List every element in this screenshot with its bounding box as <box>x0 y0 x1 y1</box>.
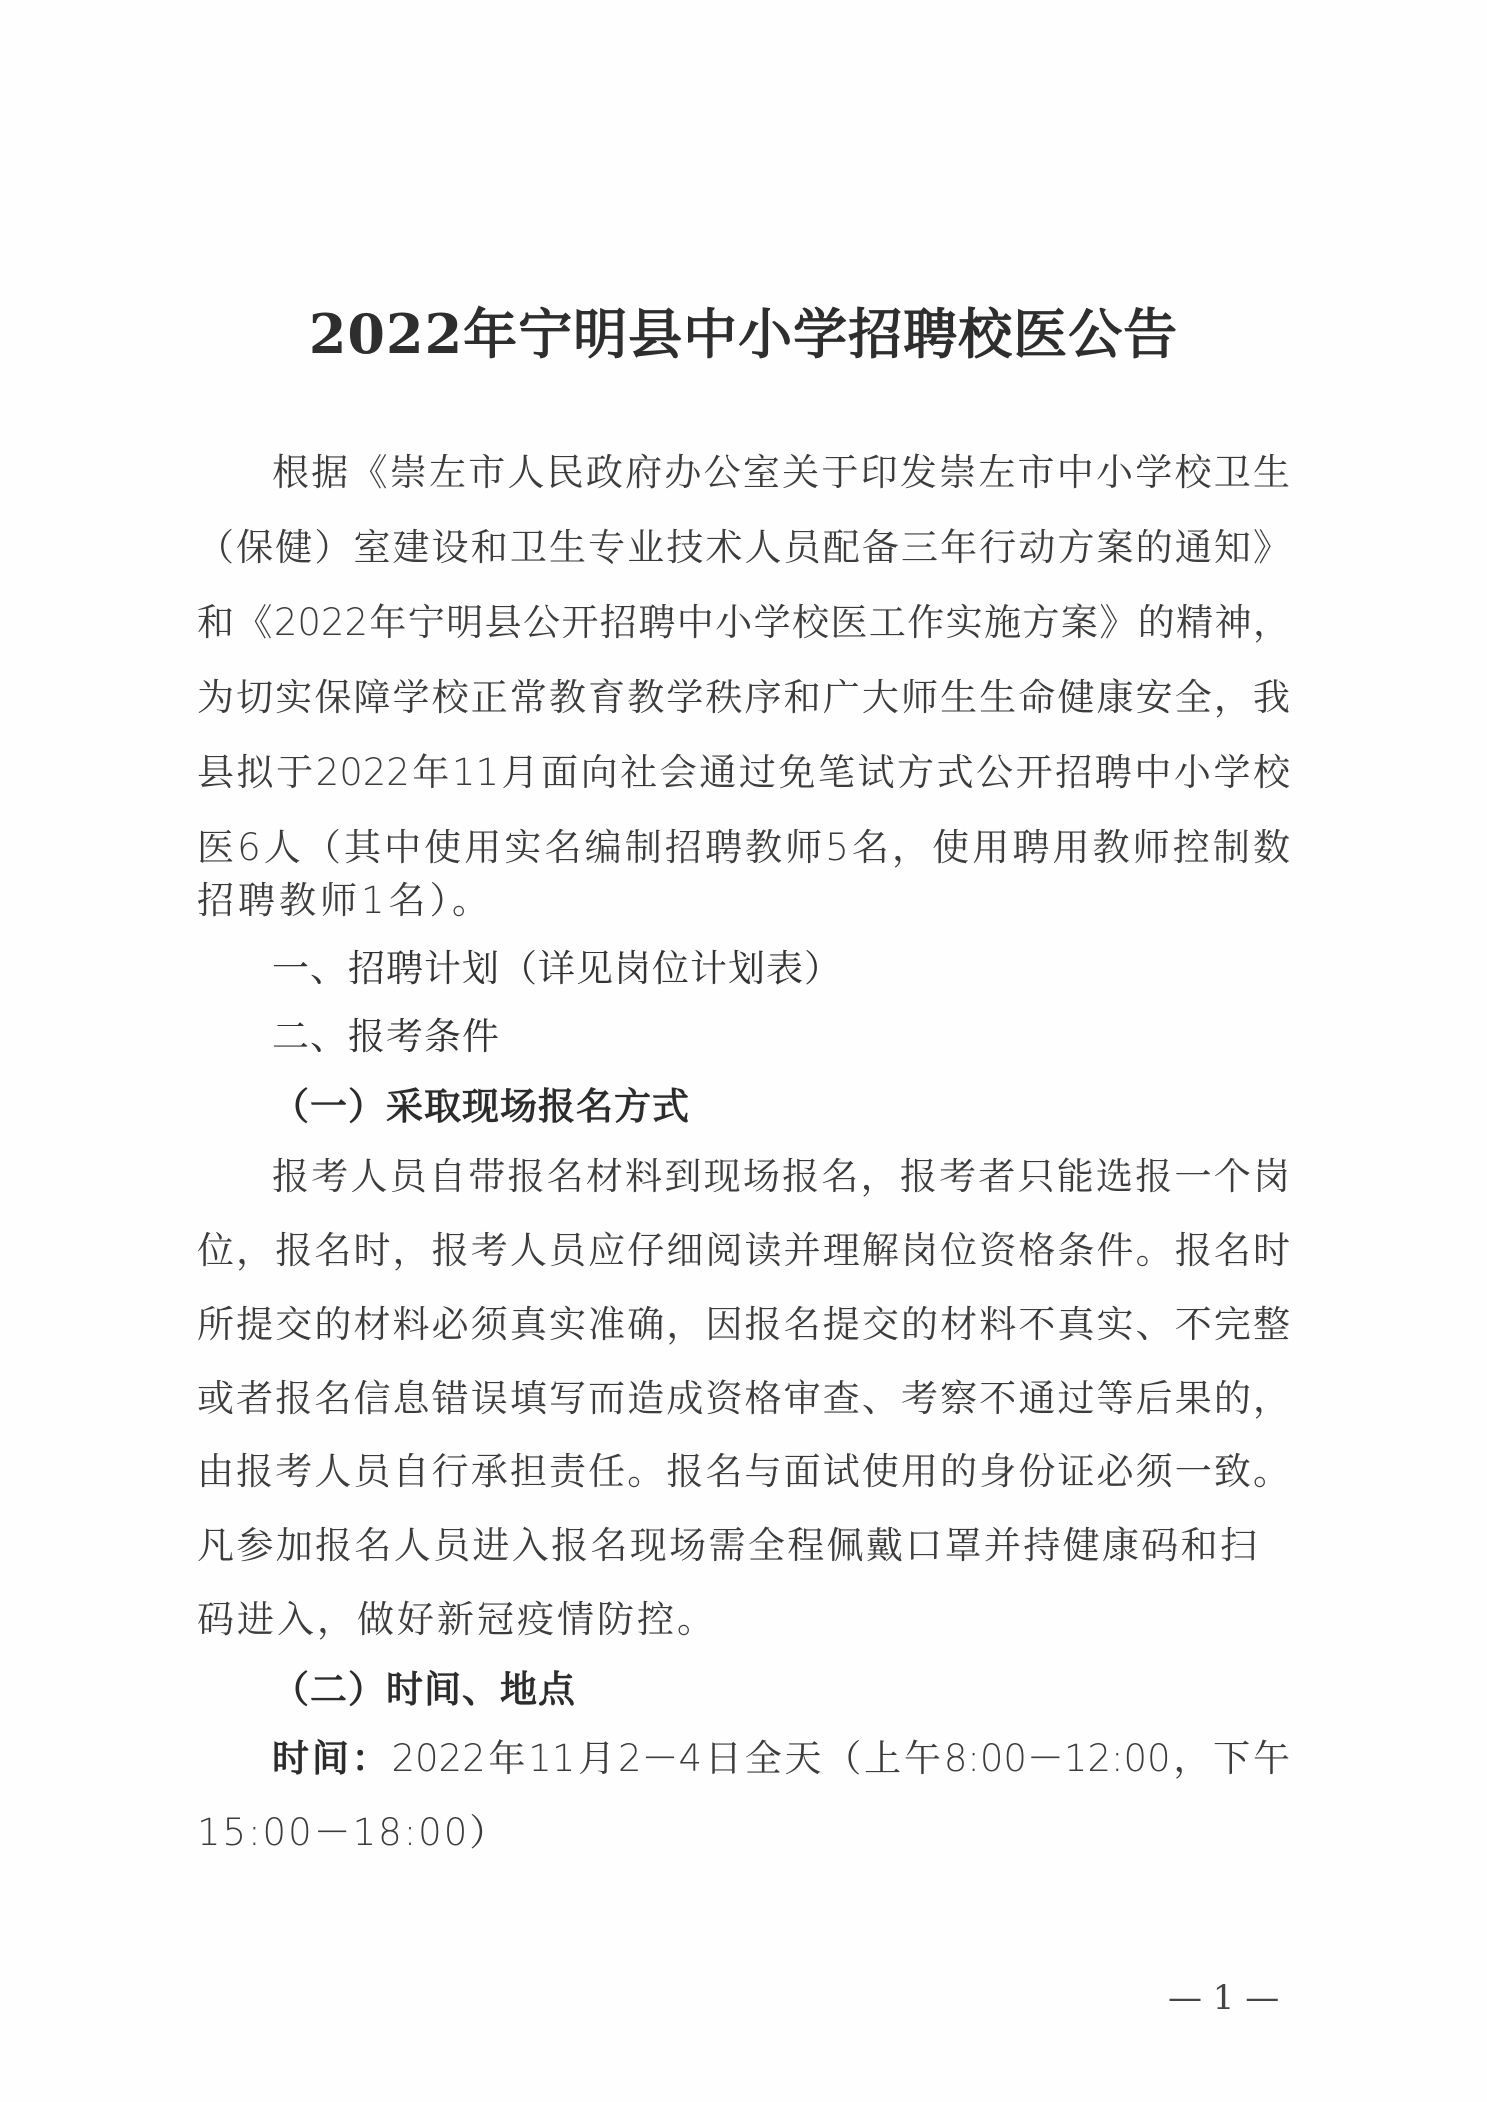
intro-line-6: 医6人（其中使用实名编制招聘教师5名，使用聘用教师控制数 <box>197 823 1290 873</box>
intro-line-3: 和《2022年宁明县公开招聘中小学校医工作实施方案》的精神， <box>197 598 1290 648</box>
registration-line-4: 或者报名信息错误填写而造成资格审查、考察不通过等后果的， <box>197 1374 1290 1424</box>
section-heading-plan: 一、招聘计划（详见岗位计划表） <box>272 944 842 994</box>
registration-line-7: 码进入，做好新冠疫情防控。 <box>197 1595 717 1645</box>
time-value: 2022年11月2－4日全天（上午8:00－12:00，下午 <box>391 1737 1290 1780</box>
registration-line-6: 凡参加报名人员进入报名现场需全程佩戴口罩并持健康码和扫 <box>197 1521 1257 1571</box>
subsection-heading-registration: （一）采取现场报名方式 <box>272 1082 690 1132</box>
registration-line-1: 报考人员自带报名材料到现场报名，报考者只能选报一个岗 <box>272 1152 1290 1202</box>
registration-line-5: 由报考人员自行承担责任。报名与面试使用的身份证必须一致。 <box>197 1447 1290 1497</box>
intro-line-5: 县拟于2022年11月面向社会通过免笔试方式公开招聘中小学校 <box>197 748 1290 798</box>
page-title: 2022年宁明县中小学招聘校医公告 <box>0 292 1487 369</box>
subsection-heading-time-place: （二）时间、地点 <box>272 1665 576 1715</box>
intro-line-4: 为切实保障学校正常教育教学秩序和广大师生生命健康安全，我 <box>197 673 1290 723</box>
registration-line-2: 位，报名时，报考人员应仔细阅读并理解岗位资格条件。报名时 <box>197 1226 1290 1276</box>
time-label: 时间： <box>272 1737 391 1780</box>
page-number: — 1 — <box>1168 1978 1279 2018</box>
intro-line-1: 根据《崇左市人民政府办公室关于印发崇左市中小学校卫生 <box>272 448 1290 498</box>
intro-line-7: 招聘教师1名）。 <box>197 876 493 926</box>
section-heading-conditions: 二、报考条件 <box>272 1012 500 1062</box>
document-page: 2022年宁明县中小学招聘校医公告 根据《崇左市人民政府办公室关于印发崇左市中小… <box>0 0 1487 2102</box>
time-line-2: 15:00－18:00） <box>197 1808 508 1858</box>
time-line-1: 时间：2022年11月2－4日全天（上午8:00－12:00，下午 <box>272 1734 1290 1784</box>
registration-line-3: 所提交的材料必须真实准确，因报名提交的材料不真实、不完整 <box>197 1300 1290 1350</box>
intro-line-2: （保健）室建设和卫生专业技术人员配备三年行动方案的通知》 <box>197 523 1290 573</box>
